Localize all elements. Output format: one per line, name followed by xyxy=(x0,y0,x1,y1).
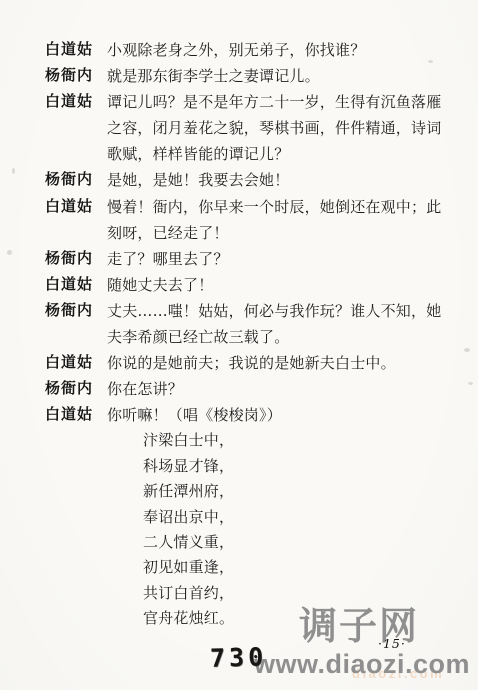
dialogue-line: 白道姑随她丈夫去了！ xyxy=(0,272,478,298)
dialogue-text: 你听嘛！（唱《梭梭岗》） xyxy=(107,402,282,428)
verse-line: 汴梁白士中， xyxy=(0,428,478,453)
verse-line: 共订白首约， xyxy=(0,581,478,606)
speaker-name: 杨衙内 xyxy=(45,246,107,272)
dialogue-line: 杨衙内是她，是她！我要去会她！ xyxy=(0,167,478,193)
dialogue-line: 白道姑谭记儿吗？是不是年方二十一岁，生得有沉鱼落雁 xyxy=(0,89,478,115)
speaker-name xyxy=(45,115,107,141)
speaker-name: 白道姑 xyxy=(45,89,107,115)
verse-line: 初见如重逢， xyxy=(0,555,478,580)
dialogue-line: 杨衙内走了？哪里去了？ xyxy=(0,246,478,272)
verse-line: 奉诏出京中， xyxy=(0,505,478,530)
scan-speck xyxy=(7,250,12,255)
dialogue-line: 白道姑你说的是她前夫；我说的是她新夫白士中。 xyxy=(0,350,478,376)
speaker-name: 白道姑 xyxy=(45,37,107,63)
page-number: ·15· xyxy=(378,638,406,651)
speaker-name: 白道姑 xyxy=(45,402,107,428)
watermark-site-url: www.diaozi.com xyxy=(254,651,470,678)
speaker-name xyxy=(45,220,107,246)
speaker-name: 白道姑 xyxy=(45,272,107,298)
dialogue-line: 杨衙内就是那东街李学士之妻谭记儿。 xyxy=(0,63,478,89)
speaker-name: 白道姑 xyxy=(45,350,107,376)
verse-line: 二人情义重， xyxy=(0,530,478,555)
dialogue-text: 歌赋，样样皆能的谭记儿？ xyxy=(107,141,289,167)
dialogue-line: 夫李希颜已经亡故三载了。 xyxy=(0,324,478,350)
text-block: 白道姑小观除老身之外，别无弟子，你找谁？杨衙内就是那东街李学士之妻谭记儿。白道姑… xyxy=(0,37,478,632)
scan-speck xyxy=(464,348,470,352)
speaker-name: 杨衙内 xyxy=(45,298,107,324)
scan-speck xyxy=(468,382,473,385)
dialogue-line: 刻呀，已经走了！ xyxy=(0,220,478,246)
dialogue-line: 白道姑慢着！衙内，你早来一个时辰，她倒还在观中；此 xyxy=(0,194,478,220)
dialogue-text: 你说的是她前夫；我说的是她新夫白士中。 xyxy=(107,350,396,376)
dialogue-text: 慢着！衙内，你早来一个时辰，她倒还在观中；此 xyxy=(107,194,441,220)
speaker-name: 白道姑 xyxy=(45,194,107,220)
speaker-name xyxy=(45,141,107,167)
dialogue-text: 之容，闭月羞花之貌，琴棋书画，件件精通，诗词 xyxy=(107,115,441,141)
page-stamp-number: 730 xyxy=(210,644,268,670)
dialogue-line: 白道姑小观除老身之外，别无弟子，你找谁？ xyxy=(0,37,478,63)
book-page: 白道姑小观除老身之外，别无弟子，你找谁？杨衙内就是那东街李学士之妻谭记儿。白道姑… xyxy=(0,0,478,690)
scan-speck xyxy=(428,60,433,63)
dialogue-text: 就是那东街李学士之妻谭记儿。 xyxy=(107,63,320,89)
dialogue-text: 刻呀，已经走了！ xyxy=(107,220,229,246)
verse-line: 科场显才锋， xyxy=(0,454,478,479)
dialogue-text: 走了？哪里去了？ xyxy=(107,246,229,272)
speaker-name: 杨衙内 xyxy=(45,167,107,193)
scan-speck xyxy=(12,168,15,174)
dialogue-line: 杨衙内你在怎讲？ xyxy=(0,376,478,402)
dialogue-line: 白道姑你听嘛！（唱《梭梭岗》） xyxy=(0,402,478,428)
dialogue-line: 之容，闭月羞花之貌，琴棋书画，件件精通，诗词 xyxy=(0,115,478,141)
speaker-name: 杨衙内 xyxy=(45,376,107,402)
speaker-name: 杨衙内 xyxy=(45,63,107,89)
dialogue-line: 杨衙内丈夫……嗤！姑姑，何必与我作玩？谁人不知，她 xyxy=(0,298,478,324)
dialogue-text: 随她丈夫去了！ xyxy=(107,272,213,298)
dialogue-text: 谭记儿吗？是不是年方二十一岁，生得有沉鱼落雁 xyxy=(107,89,441,115)
dialogue-text: 是她，是她！我要去会她！ xyxy=(107,167,289,193)
dialogue-text: 丈夫……嗤！姑姑，何必与我作玩？谁人不知，她 xyxy=(107,298,441,324)
dialogue-line: 歌赋，样样皆能的谭记儿？ xyxy=(0,141,478,167)
speaker-name xyxy=(45,324,107,350)
dialogue-text: 小观除老身之外，别无弟子，你找谁？ xyxy=(107,37,365,63)
verse-line: 新任潭州府， xyxy=(0,479,478,504)
dialogue-text: 夫李希颜已经亡故三载了。 xyxy=(107,324,289,350)
dialogue-text: 你在怎讲？ xyxy=(107,376,183,402)
